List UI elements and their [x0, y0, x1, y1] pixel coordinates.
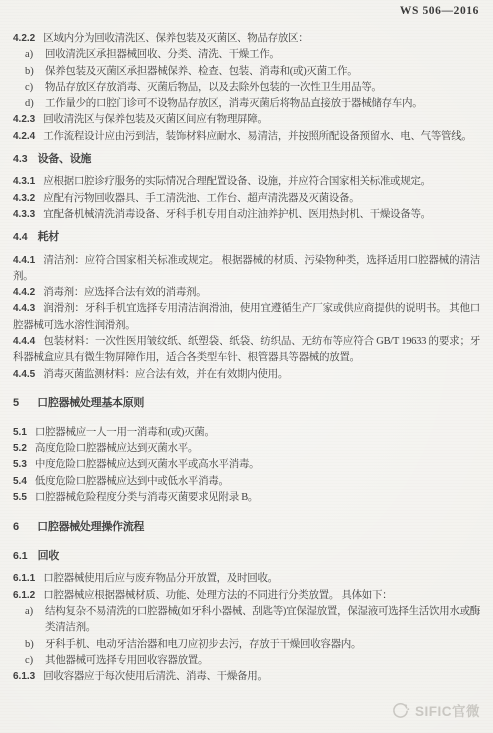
paragraph-number: d) [25, 96, 45, 112]
clause-4.4.5: 4.4.5消毒灭菌监测材料：应合法有效，并在有效期内使用。 [13, 367, 480, 383]
clause-6.1.2: 6.1.2口腔器械应根据器械材质、功能、处理方法的不同进行分类放置。 具体如下： [13, 588, 480, 604]
paragraph-text: 回收清洗区承担器械回收、分类、清洗、干燥工作。 [45, 47, 480, 63]
paragraph-text: 口腔器械处理操作流程 [37, 521, 144, 533]
paragraph-text: 区域内分为回收清洗区、保养包装及灭菌区、物品存放区： [43, 33, 308, 44]
clause-4.2.2: 4.2.2区域内分为回收清洗区、保养包装及灭菌区、物品存放区： [13, 31, 480, 47]
list-item-a-1: a)回收清洗区承担器械回收、分类、清洗、干燥工作。 [13, 47, 480, 63]
paragraph-number: 4.4.1 [13, 255, 35, 266]
paragraph-number: 6 [13, 521, 19, 533]
paragraph-number: 6.1.1 [13, 573, 35, 584]
section-4.3: 4.3设备、设施 [13, 151, 480, 168]
paragraph-number: 4.2.4 [13, 131, 35, 142]
paragraph-text: 口腔器械使用后应与废弃物品分开放置，及时回收。 [43, 573, 278, 584]
paragraph-number: a) [25, 47, 45, 63]
scanned-document-page: { "page": { "doc_number": "WS 506—2016",… [0, 0, 493, 733]
paragraph-text: 牙科手机、电动牙洁治器和电刀应初步去污，存放于干燥回收容器内。 [45, 637, 480, 653]
paragraph-text: 口腔器械应根据器械材质、功能、处理方法的不同进行分类放置。 具体如下： [43, 590, 392, 601]
paragraph-text: 结构复杂不易清洗的口腔器械(如牙科小器械、刮匙等)宜保湿放置，保湿液可选择生活饮… [45, 604, 480, 637]
paragraph-number: 5 [13, 397, 19, 409]
clause-5.1: 5.1口腔器械应一人一用一消毒和(或)灭菌。 [13, 425, 480, 441]
chapter-5: 5口腔器械处理基本原则 [13, 395, 480, 412]
watermark: SIFIC官微 [391, 700, 480, 720]
paragraph-number: a) [25, 604, 45, 637]
paragraph-text: 应配有污物回收器具、手工清洗池、工作台、超声清洗器及灭菌设备。 [43, 193, 359, 204]
section-4.4: 4.4耗材 [13, 229, 480, 246]
paragraph-text: 物品存放区存放消毒、灭菌后物品，以及去除外包装的一次性卫生用品等。 [45, 80, 480, 96]
paragraph-text: 清洁剂：应符合国家相关标准或规定。 根据器械的材质、污染物种类，选择适用口腔器械… [13, 255, 480, 282]
chapter-6: 6口腔器械处理操作流程 [13, 519, 480, 536]
paragraph-text: 高度危险口腔器械应达到灭菌水平。 [35, 443, 198, 454]
paragraph-number: 4.3 [13, 153, 28, 165]
paragraph-number: 4.3.3 [13, 209, 35, 220]
paragraph-text: 中度危险口腔器械应达到灭菌水平或高水平消毒。 [35, 459, 259, 470]
paragraph-number: 4.4 [13, 231, 28, 243]
paragraph-text: 口腔器械处理基本原则 [37, 397, 144, 409]
paragraph-text: 口腔器械应一人一用一消毒和(或)灭菌。 [35, 427, 215, 438]
clause-4.4.3: 4.4.3润滑剂：牙科手机宜选择专用清洁润滑油，使用宜遵循生产厂家或供应商提供的… [13, 301, 480, 334]
clause-4.4.1: 4.4.1清洁剂：应符合国家相关标准或规定。 根据器械的材质、污染物种类，选择适… [13, 253, 480, 286]
clause-4.3.2: 4.3.2应配有污物回收器具、手工清洗池、工作台、超声清洗器及灭菌设备。 [13, 191, 480, 207]
sific-logo-icon [391, 701, 410, 720]
paragraph-text: 工作量少的口腔门诊可不设物品存放区，消毒灭菌后将物品直接放于器械储存车内。 [45, 96, 480, 112]
paragraph-text: 其他器械可选择专用回收容器放置。 [45, 653, 480, 669]
paragraph-number: 4.4.2 [13, 287, 35, 298]
paragraph-text: 耗材 [38, 231, 59, 243]
paragraph-number: 6.1.3 [13, 671, 35, 682]
list-item-d-4: d)工作量少的口腔门诊可不设物品存放区，消毒灭菌后将物品直接放于器械储存车内。 [13, 96, 480, 112]
paragraph-text: 低度危险口腔器械应达到中或低水平消毒。 [35, 476, 229, 487]
clause-6.1.3: 6.1.3回收容器应于每次使用后清洗、消毒、干燥备用。 [13, 669, 480, 685]
paragraph-number: 6.1 [13, 550, 28, 562]
paragraph-text: 回收 [38, 550, 59, 562]
clause-4.4.4: 4.4.4包装材料：一次性医用皱纹纸、纸塑袋、纸袋、纺织品、无纺布等应符合 GB… [13, 334, 480, 367]
paragraph-text: 润滑剂：牙科手机宜选择专用清洁润滑油，使用宜遵循生产厂家或供应商提供的说明书。 … [13, 303, 480, 330]
paragraph-number: 5.5 [13, 492, 27, 503]
watermark-text: SIFIC官微 [415, 700, 480, 720]
paragraph-text: 设备、设施 [38, 153, 92, 165]
paragraph-number: 4.4.4 [13, 336, 35, 347]
clause-4.2.3: 4.2.3回收清洗区与保养包装及灭菌区间应有物理屏障。 [13, 112, 480, 128]
clause-5.3: 5.3中度危险口腔器械应达到灭菌水平或高水平消毒。 [13, 457, 480, 473]
paragraph-number: 4.2.3 [13, 114, 35, 125]
clause-4.3.1: 4.3.1应根据口腔诊疗服务的实际情况合理配置设备、设施，并应符合国家相关标准或… [13, 174, 480, 190]
paragraph-text: 口腔器械危险程度分类与消毒灭菌要求见附录 B。 [35, 492, 258, 503]
paragraph-number: 5.3 [13, 459, 27, 470]
paragraph-number: 4.4.5 [13, 369, 35, 380]
paragraph-number: 4.4.3 [13, 303, 35, 314]
paragraph-text: 消毒灭菌监测材料：应合法有效，并在有效期内使用。 [43, 369, 288, 380]
paragraph-number: c) [25, 80, 45, 96]
clause-6.1.1: 6.1.1口腔器械使用后应与废弃物品分开放置，及时回收。 [13, 571, 480, 587]
clause-5.5: 5.5口腔器械危险程度分类与消毒灭菌要求见附录 B。 [13, 490, 480, 506]
paragraph-text: 工作流程设计应由污到洁，装饰材料应耐水、易清洁，并按照所配设备预留水、电、气等管… [43, 131, 471, 142]
list-item-c-3: c)物品存放区存放消毒、灭菌后物品，以及去除外包装的一次性卫生用品等。 [13, 80, 480, 96]
paragraph-number: 4.2.2 [13, 33, 35, 44]
paragraph-number: 4.3.2 [13, 193, 35, 204]
paragraph-number: 5.2 [13, 443, 27, 454]
paragraph-number: 4.3.1 [13, 176, 35, 187]
clause-4.3.3: 4.3.3宜配备机械清洗消毒设备、牙科手机专用自动注油养护机、医用热封机、干燥设… [13, 207, 480, 223]
paragraph-text: 消毒剂：应选择合法有效的消毒剂。 [43, 287, 206, 298]
list-item-a-27: a)结构复杂不易清洗的口腔器械(如牙科小器械、刮匙等)宜保湿放置，保湿液可选择生… [13, 604, 480, 637]
document-body: 4.2.2区域内分为回收清洗区、保养包装及灭菌区、物品存放区：a)回收清洗区承担… [13, 31, 480, 685]
paragraph-number: 5.1 [13, 427, 27, 438]
paragraph-number: 5.4 [13, 476, 27, 487]
paragraph-number: 6.1.2 [13, 590, 35, 601]
clause-5.2: 5.2高度危险口腔器械应达到灭菌水平。 [13, 441, 480, 457]
paragraph-number: b) [25, 637, 45, 653]
paragraph-text: 宜配备机械清洗消毒设备、牙科手机专用自动注油养护机、医用热封机、干燥设备等。 [43, 209, 431, 220]
clause-4.4.2: 4.4.2消毒剂：应选择合法有效的消毒剂。 [13, 285, 480, 301]
list-item-b-28: b)牙科手机、电动牙洁治器和电刀应初步去污，存放于干燥回收容器内。 [13, 637, 480, 653]
paragraph-text: 应根据口腔诊疗服务的实际情况合理配置设备、设施，并应符合国家相关标准或规定。 [43, 176, 431, 187]
paragraph-text: 回收容器应于每次使用后清洗、消毒、干燥备用。 [43, 671, 267, 682]
paragraph-text: 包装材料：一次性医用皱纹纸、纸塑袋、纸袋、纺织品、无纺布等应符合 GB/T 19… [13, 336, 480, 363]
doc-number: WS 506—2016 [400, 5, 479, 17]
paragraph-number: c) [25, 653, 45, 669]
paragraph-text: 回收清洗区与保养包装及灭菌区间应有物理屏障。 [43, 114, 267, 125]
clause-5.4: 5.4低度危险口腔器械应达到中或低水平消毒。 [13, 474, 480, 490]
section-6.1: 6.1回收 [13, 548, 480, 565]
paragraph-text: 保养包装及灭菌区承担器械保养、检查、包装、消毒和(或)灭菌工作。 [45, 64, 480, 80]
list-item-c-29: c)其他器械可选择专用回收容器放置。 [13, 653, 480, 669]
list-item-b-2: b)保养包装及灭菌区承担器械保养、检查、包装、消毒和(或)灭菌工作。 [13, 64, 480, 80]
paragraph-number: b) [25, 64, 45, 80]
clause-4.2.4: 4.2.4工作流程设计应由污到洁，装饰材料应耐水、易清洁，并按照所配设备预留水、… [13, 129, 480, 145]
